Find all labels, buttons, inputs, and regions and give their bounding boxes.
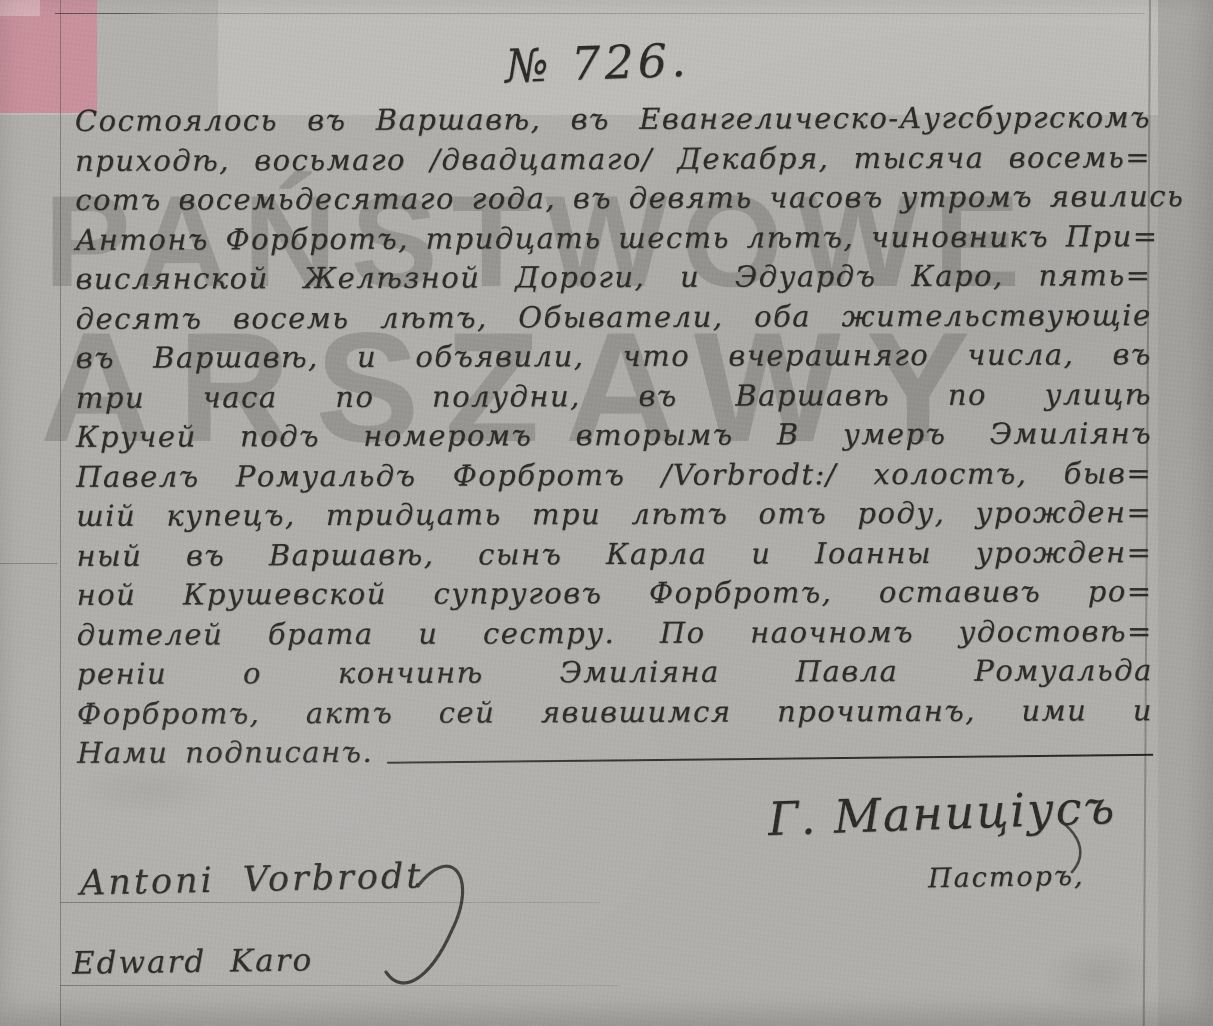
handwritten-line-11: шій купецъ, тридцать три лѣтъ отъ роду, … [76, 493, 1152, 536]
handwritten-line-4: Антонъ Форбротъ, тридцать шесть лѣтъ, чи… [75, 217, 1151, 260]
handwritten-line-10: Павелъ Ромуальдъ Форбротъ /Vorbrodt:/ хо… [76, 454, 1152, 497]
record-number: № 726. [504, 33, 690, 93]
scanned-document-page: PAŃSTWOWE ARSZAWY № 726. Состоялось въ В… [0, 0, 1213, 1026]
declarant-signature-vorbrodt: Antoni Vorbrodt [80, 856, 424, 903]
pastor-title: Пасторъ, [928, 861, 1085, 895]
signature-ruled-line-2 [60, 985, 620, 986]
handwritten-line-2: приходѣ, восьмаго /двадцатаго/ Декабря, … [75, 138, 1151, 181]
handwritten-line-7: въ Варшавѣ, и объявили, что вчерашняго ч… [76, 335, 1152, 378]
handwritten-line-5: вислянской Желѣзной Дороги, и Эдуардъ Ка… [75, 256, 1151, 299]
top-pencil-line [55, 13, 1145, 14]
handwritten-line-17: Нами подписанъ. [77, 730, 1153, 773]
archive-pink-marker [0, 0, 97, 113]
left-margin-rule [60, 0, 61, 1026]
handwritten-line-3: сотъ восемьдесятаго года, въ девять часо… [75, 177, 1151, 220]
handwritten-line-15: реніи о кончинѣ Эмиліяна Павла Ромуальда [77, 651, 1153, 694]
handwritten-line-16: Форбротъ, актъ сей явившимся прочитанъ, … [77, 691, 1153, 734]
handwritten-line-1: Состоялось въ Варшавѣ, въ Евангелическо-… [75, 98, 1151, 141]
handwritten-line-12: ный въ Варшавѣ, сынъ Карла и Іоанны урож… [76, 533, 1152, 576]
handwritten-line-13: ной Крушевской супруговъ Форбротъ, остав… [76, 572, 1152, 615]
handwritten-line-9: Кручей подъ номеромъ вторымъ В умеръ Эми… [76, 414, 1152, 457]
handwritten-line-14: дителей брата и сестру. По наочномъ удос… [77, 612, 1153, 655]
handwritten-line-6: десятъ восемь лѣтъ, Обыватели, оба жител… [76, 296, 1152, 339]
closing-rule-stroke [387, 753, 1153, 763]
archive-pink-marker-light-edge [0, 0, 40, 16]
paper-top-column [96, 0, 218, 115]
left-pencil-tick [0, 563, 58, 564]
closing-words: Нами подписанъ. [77, 733, 373, 774]
document-body: Состоялось въ Варшавѣ, въ Евангелическо-… [75, 98, 1153, 773]
paper-right-band [1158, 0, 1213, 1026]
pastor-signature: Г. Маницiусъ [767, 780, 1117, 846]
handwritten-line-8: три часа по полудни, въ Варшавѣ по улицѣ [76, 375, 1152, 418]
declarant-signature-karo: Edward Karo [72, 942, 314, 981]
